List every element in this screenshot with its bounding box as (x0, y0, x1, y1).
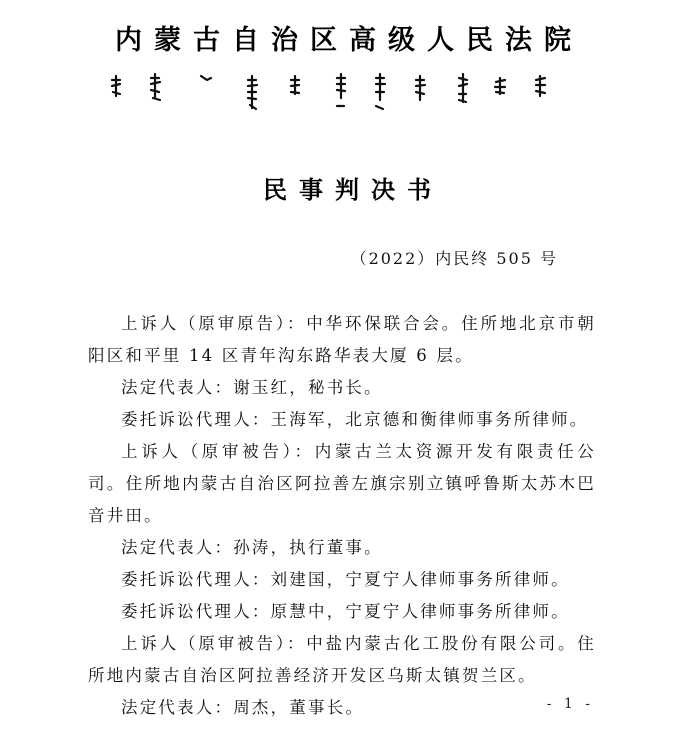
page-number: - 1 - (547, 696, 594, 712)
document-type-title: 民事判决书 (0, 170, 682, 205)
parties-section: 上诉人（原审原告）：中华环保联合会。住所地北京市朝阳区和平里 14 区青年沟东路… (88, 308, 596, 724)
party-paragraph: 委托诉讼代理人：王海军，北京德和衡律师事务所律师。 (88, 404, 596, 436)
party-paragraph: 委托诉讼代理人：刘建国，宁夏宁人律师事务所律师。 (88, 564, 596, 596)
party-paragraph: 法定代表人：周杰，董事长。 (88, 692, 596, 724)
court-name-title: 内蒙古自治区高级人民法院 (0, 18, 682, 57)
case-number: （2022）内民终 505 号 (351, 246, 558, 269)
party-paragraph: 上诉人（原审原告）：中华环保联合会。住所地北京市朝阳区和平里 14 区青年沟东路… (88, 308, 596, 372)
mongolian-script-icon (108, 72, 568, 112)
mongolian-court-name (108, 72, 568, 112)
party-paragraph: 上诉人（原审被告）：内蒙古兰太资源开发有限责任公司。住所地内蒙古自治区阿拉善左旗… (88, 436, 596, 532)
party-paragraph: 法定代表人：谢玉红，秘书长。 (88, 372, 596, 404)
party-paragraph: 委托诉讼代理人：原慧中，宁夏宁人律师事务所律师。 (88, 596, 596, 628)
document-page: 内蒙古自治区高级人民法院 民事判决书 （2022）内民终 505 号 上诉人（原… (0, 0, 682, 731)
party-paragraph: 上诉人（原审被告）：中盐内蒙古化工股份有限公司。住所地内蒙古自治区阿拉善经济开发… (88, 628, 596, 692)
party-paragraph: 法定代表人：孙涛，执行董事。 (88, 532, 596, 564)
